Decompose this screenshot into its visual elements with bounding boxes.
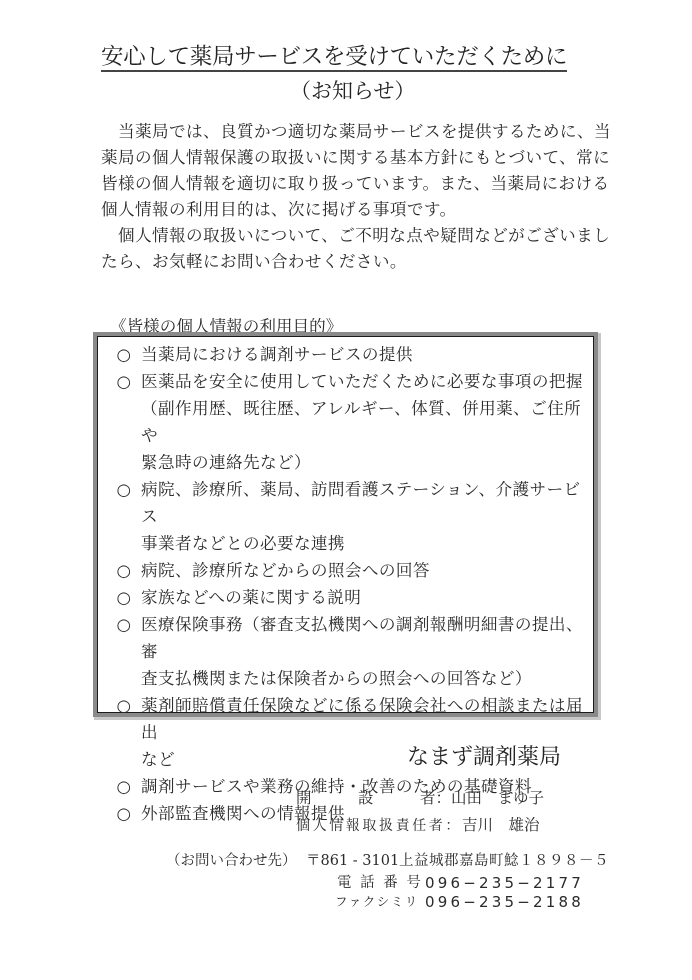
paragraph-line: 薬局の個人情報保護の取扱いに関する基本方針にもとづいて、常に — [101, 145, 610, 171]
circle-bullet-icon: ○ — [115, 611, 133, 638]
paragraph-line: 個人情報の取扱いについて、ご不明な点や疑問などがございまし — [101, 223, 610, 249]
paragraph-line: たら、お気軽にお問い合わせください。 — [101, 249, 407, 275]
purpose-line: 医療保険事務（審査支払機関への調剤報酬明細書の提出、審 — [98, 611, 593, 665]
privacy-officer-row: 個人情報取扱責任者：吉川 雄治 — [296, 814, 540, 837]
paragraph-line: 当薬局では、良質かつ適切な薬局サービスを提供するために、当 — [101, 119, 611, 145]
purpose-line: 査支払機関または保険者からの照会への回答など） — [98, 665, 593, 692]
purpose-item: ○ 家族などへの薬に関する説明 — [98, 584, 593, 611]
privacy-officer-name: 吉川 雄治 — [462, 816, 540, 834]
circle-bullet-icon: ○ — [115, 476, 133, 503]
purpose-item: ○ 病院、診療所、薬局、訪問看護ステーション、介護サービス 事業者などとの必要な… — [98, 476, 593, 557]
circle-bullet-icon: ○ — [115, 800, 133, 827]
circle-bullet-icon: ○ — [115, 773, 133, 800]
circle-bullet-icon: ○ — [115, 341, 133, 368]
contact-label: （お問い合わせ先） — [166, 851, 297, 871]
founder-label: 開 設 者： — [296, 789, 451, 807]
postal-code: 〒861 - 3101 — [306, 851, 399, 871]
circle-bullet-icon: ○ — [115, 557, 133, 584]
pharmacy-name: なまず調剤薬局 — [407, 744, 561, 772]
document-subtitle: （お知らせ） — [290, 78, 415, 104]
purposes-box: ○ 当薬局における調剤サービスの提供 ○ 医薬品を安全に使用していただくために必… — [97, 336, 594, 713]
purpose-item: ○ 医療保険事務（審査支払機関への調剤報酬明細書の提出、審 査支払機関または保険… — [98, 611, 593, 692]
purpose-line: 事業者などとの必要な連携 — [98, 530, 593, 557]
purpose-line: （副作用歴、既往歴、アレルギー、体質、併用薬、ご住所や — [98, 395, 593, 449]
purpose-line: 病院、診療所などからの照会への回答 — [98, 557, 593, 584]
founder-row: 開 設 者：山田 まゆ子 — [296, 787, 544, 809]
document-title: 安心して薬局サービスを受けていただくために — [101, 44, 567, 72]
purpose-line: 当薬局における調剤サービスの提供 — [98, 341, 593, 368]
purpose-line: 病院、診療所、薬局、訪問看護ステーション、介護サービス — [98, 476, 593, 530]
phone-label: 電 話 番 号 — [337, 873, 423, 893]
purpose-line: 家族などへの薬に関する説明 — [98, 584, 593, 611]
paragraph-line: 個人情報の利用目的は、次に掲げる事項です。 — [101, 197, 457, 223]
circle-bullet-icon: ○ — [115, 692, 133, 719]
founder-name: 山田 まゆ子 — [451, 789, 544, 807]
privacy-officer-label: 個人情報取扱責任者： — [296, 818, 462, 834]
phone-number: 096−235−2177 — [425, 873, 584, 893]
paragraph-line: 皆様の個人情報を適切に取り扱っています。また、当薬局における — [101, 171, 609, 197]
purpose-item: ○ 病院、診療所などからの照会への回答 — [98, 557, 593, 584]
fax-label: ファクシミリ — [335, 892, 419, 912]
purpose-item: ○ 医薬品を安全に使用していただくために必要な事項の把握 （副作用歴、既往歴、ア… — [98, 368, 593, 476]
purpose-line: 医薬品を安全に使用していただくために必要な事項の把握 — [98, 368, 593, 395]
address: 上益城郡嘉島町鯰１８９８－５ — [399, 851, 609, 871]
circle-bullet-icon: ○ — [115, 368, 133, 395]
circle-bullet-icon: ○ — [115, 584, 133, 611]
fax-number: 096−235−2188 — [425, 892, 584, 912]
purpose-line: 緊急時の連絡先など） — [98, 449, 593, 476]
purpose-item: ○ 当薬局における調剤サービスの提供 — [98, 341, 593, 368]
purpose-line: 薬剤師賠償責任保険などに係る保険会社への相談または届出 — [98, 692, 593, 746]
